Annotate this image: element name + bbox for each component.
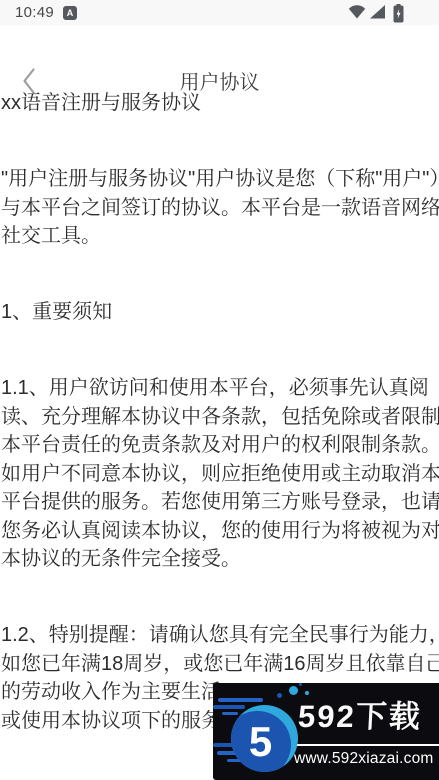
text-line: 您务必认真阅读本协议，您的使用行为将被视为对 bbox=[1, 517, 439, 546]
paragraph: 1.1、用户欲访问和使用本平台，必须事先认真阅读、充分理解本协议中各条款，包括免… bbox=[1, 374, 439, 574]
screen: 10:49 A 用户协议 xx语音注册与服务协议"用户注册与服务协议"用户协议是… bbox=[0, 0, 439, 780]
watermark-592xiazai: 5 592下载 www.592xiazai.com bbox=[213, 683, 439, 780]
navigation-bar: 用户协议 bbox=[0, 25, 439, 88]
paragraph: xx语音注册与服务协议 bbox=[1, 89, 439, 118]
logo-speed-line bbox=[218, 698, 263, 702]
text-line: 读、充分理解本协议中各条款，包括免除或者限制 bbox=[1, 403, 439, 432]
notification-badge-icon: A bbox=[63, 6, 77, 20]
logo-dot bbox=[305, 691, 309, 695]
text-line: 与本平台之间签订的协议。本平台是一款语音网络 bbox=[1, 194, 439, 223]
text-line: 社交工具。 bbox=[1, 222, 439, 251]
text-line: "用户注册与服务协议"用户协议是您（下称"用户"） bbox=[1, 165, 439, 194]
status-time: 10:49 bbox=[15, 4, 54, 21]
status-bar: 10:49 A bbox=[0, 0, 439, 25]
watermark-divider bbox=[297, 744, 439, 746]
cellular-signal-icon bbox=[369, 5, 386, 19]
text-line: xx语音注册与服务协议 bbox=[1, 89, 439, 118]
text-line: 如您已年满18周岁，或您已年满16周岁且依靠自己 bbox=[1, 650, 439, 679]
logo-circle-icon: 5 bbox=[231, 705, 298, 772]
logo-speed-line bbox=[213, 743, 233, 747]
text-line: 本协议的无条件完全接受。 bbox=[1, 545, 439, 574]
text-line: 1.2、特别提醒：请确认您具有完全民事行为能力， bbox=[1, 621, 439, 650]
agreement-text[interactable]: xx语音注册与服务协议"用户注册与服务协议"用户协议是您（下称"用户"）与本平台… bbox=[1, 89, 439, 735]
logo-dot bbox=[299, 683, 302, 686]
paragraph: "用户注册与服务协议"用户协议是您（下称"用户"）与本平台之间签订的协议。本平台… bbox=[1, 165, 439, 251]
paragraph: 1、重要须知 bbox=[1, 298, 439, 327]
text-line: 本平台责任的免责条款及对用户的权利限制条款。 bbox=[1, 431, 439, 460]
text-line: 如用户不同意本协议，则应拒绝使用或主动取消本 bbox=[1, 460, 439, 489]
watermark-brand-text: 592下载 bbox=[297, 700, 423, 734]
logo-dot bbox=[289, 686, 298, 695]
text-line: 平台提供的服务。若您使用第三方账号登录，也请 bbox=[1, 488, 439, 517]
text-line: 1.1、用户欲访问和使用本平台，必须事先认真阅 bbox=[1, 374, 439, 403]
watermark-url-text: www.592xiazai.com bbox=[294, 749, 434, 768]
logo-digit: 5 bbox=[231, 708, 294, 772]
logo-dot bbox=[277, 693, 282, 698]
battery-charging-icon bbox=[393, 4, 404, 23]
wifi-icon bbox=[348, 5, 366, 19]
text-line: 1、重要须知 bbox=[1, 298, 439, 327]
